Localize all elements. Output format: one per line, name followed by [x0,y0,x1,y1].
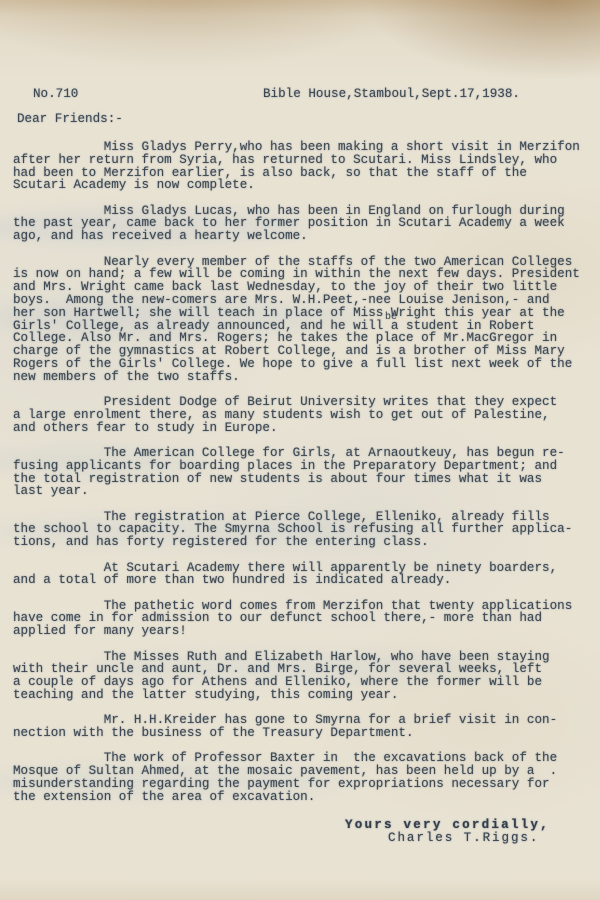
letter-body: Miss Gladys Perry,who has been making a … [13,141,593,816]
signature: Charles T.Riggs. [388,831,539,845]
paragraph: The pathetic word comes from Merzifon th… [13,600,593,638]
paragraph: At Scutari Academy there will apparently… [13,562,593,588]
typed-insertion-be: be [385,313,397,323]
dateline: Bible House,Stamboul,Sept.17,1938. [263,87,520,101]
paragraph: The work of Professor Baxter in the exca… [13,752,593,803]
paragraph: The registration at Pierce College, Elle… [13,511,593,549]
paragraph: President Dodge of Beirut University wri… [13,396,593,434]
paragraph: Miss Gladys Lucas, who has been in Engla… [13,205,593,243]
paragraph: Miss Gladys Perry,who has been making a … [13,141,593,192]
letter-page: No.710 Bible House,Stamboul,Sept.17,1938… [0,0,600,900]
closing: Yours very cordially, [345,818,550,832]
paragraph: Nearly every member of the staffs of the… [13,256,593,384]
paragraph: Mr. H.H.Kreider has gone to Smyrna for a… [13,714,593,740]
paragraph: The American College for Girls, at Arnao… [13,447,593,498]
salutation: Dear Friends:- [17,112,123,126]
letter-number: No.710 [33,87,78,101]
paragraph: The Misses Ruth and Elizabeth Harlow, wh… [13,651,593,702]
